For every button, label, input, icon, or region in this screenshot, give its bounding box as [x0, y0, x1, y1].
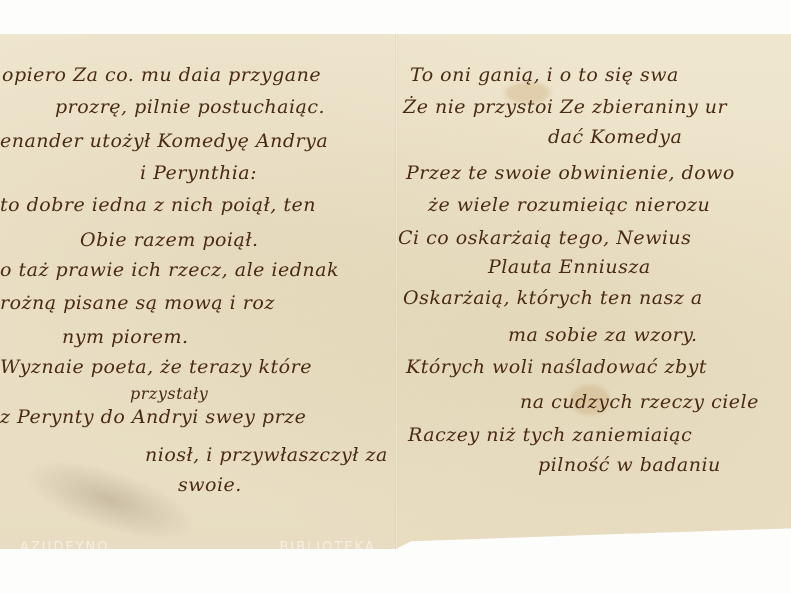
manuscript-line: Których woli naśladować zbyt	[406, 356, 707, 378]
manuscript-line: swoie.	[178, 474, 242, 496]
manuscript-line: że wiele rozumieiąc nierozu	[428, 194, 710, 216]
manuscript-line: Ci co oskarżaią tego, Newius	[398, 227, 691, 249]
manuscript-line: Raczey niż tych zaniemiaiąc	[408, 424, 692, 446]
manuscript-line: Przez te swoie obwinienie, dowo	[406, 162, 735, 184]
manuscript-line: Oskarżaią, których ten nasz a	[403, 287, 703, 309]
watermark-right-text: BIBLIOTEKA	[279, 540, 375, 555]
manuscript-line: enander utożył Komedyę Andrya	[0, 130, 328, 152]
manuscript-line: Że nie przystoi Ze zbieraniny ur	[403, 96, 727, 118]
manuscript-line: Obie razem poiął.	[80, 229, 259, 251]
manuscript-line: Plauta Enniusza	[488, 256, 651, 278]
manuscript-line: i Perynthia:	[140, 162, 257, 184]
manuscript-line: nym piorem.	[62, 326, 189, 348]
library-watermark: AZUDEYNOBIBLIOTEKA	[20, 540, 376, 555]
manuscript-line: prozrę, pilnie postuchaiąc.	[55, 96, 325, 118]
manuscript-line: pilność w badaniu	[538, 454, 721, 476]
manuscript-line: przystały	[130, 384, 208, 403]
manuscript-line: dać Komedya	[548, 126, 682, 148]
manuscript-line: Wyznaie poeta, że terazy które	[0, 356, 312, 378]
manuscript-line: to dobre iedna z nich poiął, ten	[0, 194, 316, 216]
right-page: To oni ganią, i o to się swa Że nie przy…	[398, 34, 791, 549]
watermark-left-text: AZUDEYNO	[20, 540, 109, 555]
left-page: opiero Za co. mu daia przygane prozrę, p…	[0, 34, 395, 549]
manuscript-line: opiero Za co. mu daia przygane	[2, 64, 321, 86]
manuscript-line: z Perynty do Andryi swey prze	[0, 406, 306, 428]
manuscript-line: o taż prawie ich rzecz, ale iednak	[0, 259, 339, 281]
manuscript-line: To oni ganią, i o to się swa	[410, 64, 679, 86]
manuscript-line: niosł, i przywłaszczył za	[145, 444, 388, 466]
manuscript-line: rożną pisane są mową i roz	[0, 292, 275, 314]
manuscript-line: ma sobie za wzory.	[508, 324, 698, 346]
manuscript-line: na cudzych rzeczy ciele	[520, 391, 759, 413]
